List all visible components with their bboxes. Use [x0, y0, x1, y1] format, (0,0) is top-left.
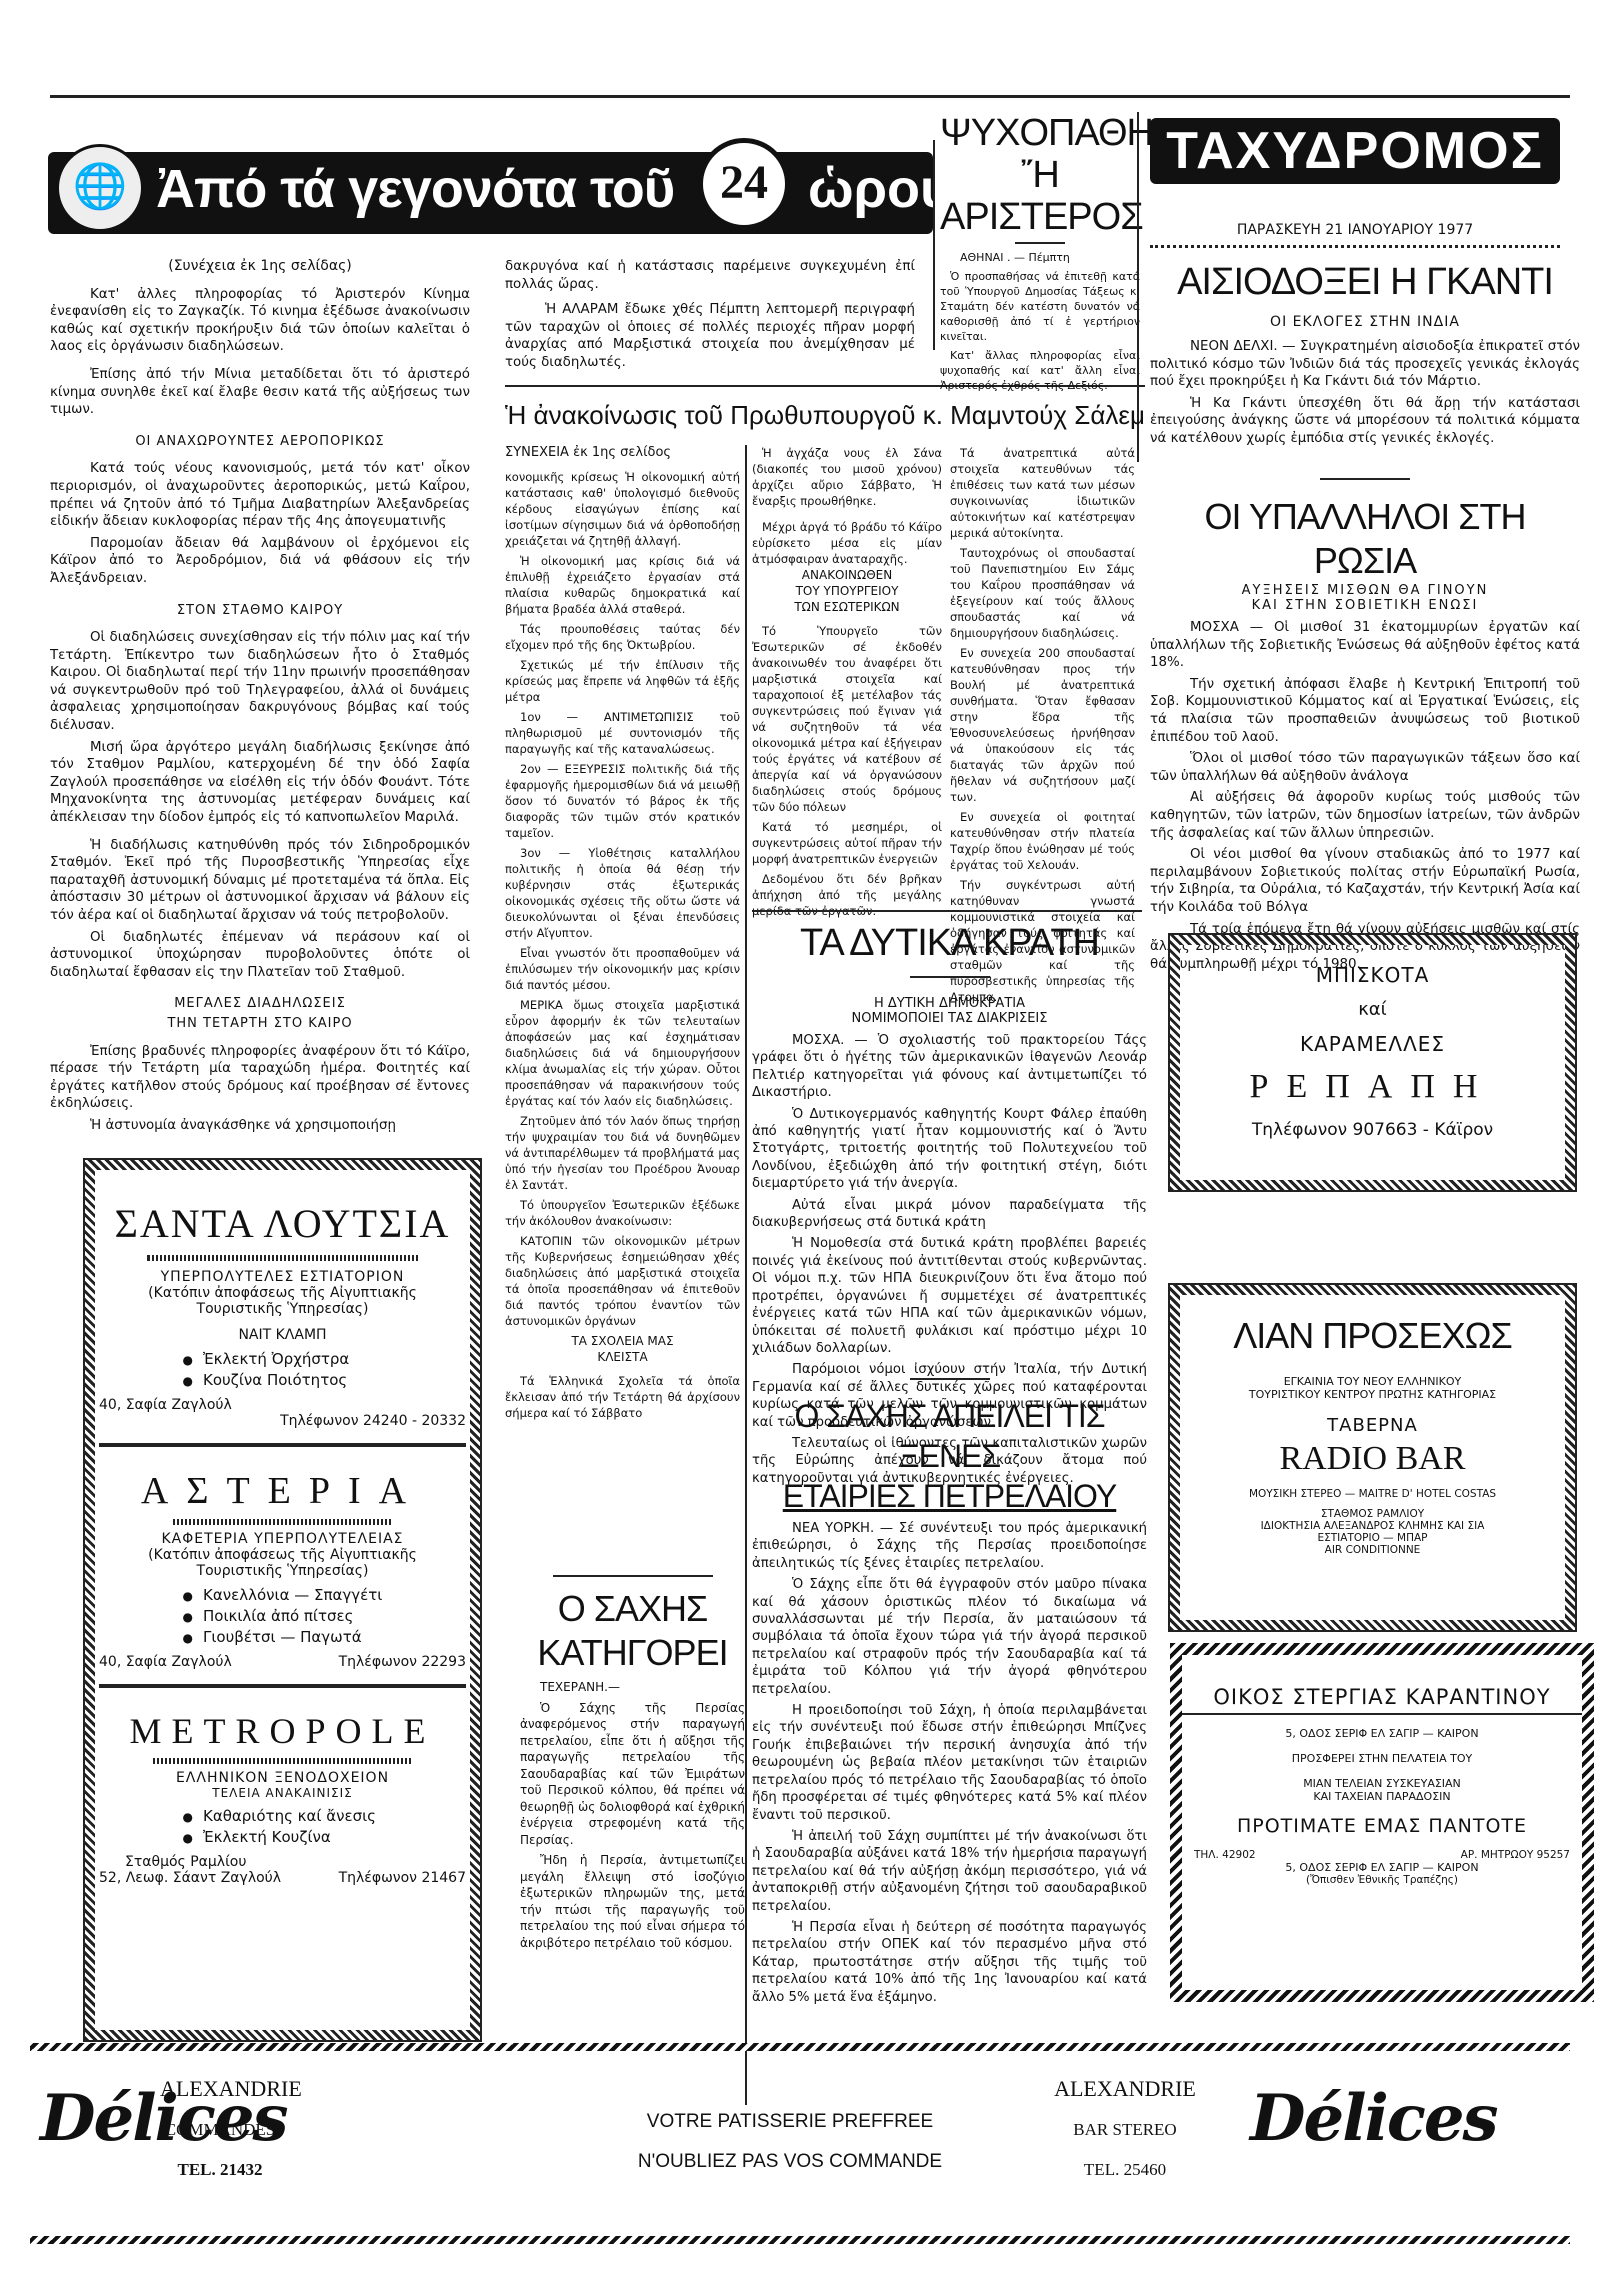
ad-note: Τουριστικῆς Ὑπηρεσίας) [95, 1563, 470, 1579]
ad-name: RADIO BAR [1180, 1440, 1565, 1478]
ad-footer: ΤΗΛ. 42902 ΑΡ. ΜΗΤΡΩΟΥ 95257 [1182, 1849, 1582, 1861]
ad-line: ΕΓΚΑΙΝΙΑ ΤΟΥ ΝΕΟΥ ΕΛΛΗΝΙΚΟΥ [1180, 1375, 1565, 1388]
masthead-rule [1150, 245, 1560, 248]
shah-accuses-article: Ο ΣΑΧΗΣ ΚΑΤΗΓΟΡΕΙ ΤΕΧΕΡΑΝΗ.— Ὁ Σάχης τῆς… [520, 1575, 745, 1951]
paragraph: Ταυτοχρόνως οἱ σπουδασταί τοῦ Πανεπιστημ… [950, 545, 1135, 641]
paragraph: ΜΟΣΧΑ. — Ὁ σχολιαστής τοῦ πρακτορείου Τά… [752, 1032, 1147, 1102]
banner-title-left: Ἀπό τά γεγονότα τοῦ [156, 158, 674, 220]
ad-phone: ΤΗΛ. 42902 [1194, 1849, 1256, 1861]
shah-threat-article: Ο ΣΑΧΗΣ ΑΠΕΙΛΕΙ ΤΙΣ ΞΕΝΕΣ ΕΤΑΙΡΙΕΣ ΠΕΤΡΕ… [752, 1378, 1147, 2006]
feature-item: Κανελλόνια — Σπαγγέτι [183, 1585, 383, 1606]
subhead: ΜΕΓΑΛΕΣ ΔΙΑΔΗΛΩΣΕΙΣ [50, 995, 470, 1013]
ad-line: ΜΙΑΝ ΤΕΛΕΙΑΝ ΣΥΣΚΕΥΑΣΙΑΝ [1182, 1777, 1582, 1790]
feature-item: Ἐκλεκτή Ὀρχήστρα [183, 1349, 383, 1370]
ad-footer: 52, Λεωφ. Σάαντ Ζαγλούλ Τηλέφωνον 21467 [95, 1870, 470, 1886]
ad-type: ΤΕΛΕΙΑ ΑΝΑΚΑΙΝΙΣΙΣ [95, 1786, 470, 1800]
paragraph: Οἱ διαδηλώσεις συνεχίσθησαν εἰς τήν πόλι… [50, 629, 470, 735]
ad-phone: TEL. 25460 [1050, 2160, 1200, 2180]
paragraph: Ἡ ἀγχάζα νους ἐλ Σάνα (διακοπές του μισο… [752, 445, 942, 509]
delices-right-info: ALEXANDRIE BAR STEREO TEL. 25460 [1050, 2076, 1200, 2180]
ad-line: (Ὄπισθεν Ἐθνικῆς Τραπέζης) [1182, 1874, 1582, 1886]
section-rule [1320, 478, 1410, 480]
ad-address: 40, Σαφία Ζαγλούλ [95, 1397, 470, 1413]
headline: ΕΤΑΙΡΙΕΣ ΠΕΤΡΕΛΑΙΟΥ [752, 1476, 1147, 1516]
headline-rule [1015, 242, 1065, 244]
ad-address: 52, Λεωφ. Σάαντ Ζαγλούλ [99, 1870, 281, 1886]
headline: ΟΙ ΥΠΑΛΛΗΛΟΙ ΣΤΗ ΡΩΣΙΑ [1150, 495, 1580, 583]
ad-line: COMMANDES [160, 2120, 280, 2140]
pm-headline: Ἡ ἀνακοίνωσις τοῦ Πρωθυπουργοῦ κ. Μαμντο… [505, 400, 1145, 431]
paragraph: Τό ὑπουργεῖον Ἐσωτερικῶν ἐξέδωκε τήν ἀκό… [505, 1197, 740, 1229]
subhead: ΚΛΕΙΣΤΑ [505, 1349, 740, 1365]
ad-address: Σταθμός Ραμλίου [95, 1854, 470, 1870]
subhead: ΑΥΞΗΣΕΙΣ ΜΙΣΘΩΝ ΘΑ ΓΙΝΟΥΝ [1150, 583, 1580, 598]
ad-line: καί [1180, 999, 1565, 1020]
left-article: (Συνέχεια ἐκ 1ης σελίδας) Κατ' ἀλλες πλη… [50, 258, 470, 1135]
ad-line: 5, ΟΔΟΣ ΣΕΡΙΦ ΕΛ ΣΑΓΙΡ — ΚΑΙΡΟΝ [1182, 1727, 1582, 1740]
subhead: ΣΤΟΝ ΣΤΑΘΜΟ ΚΑΙΡΟΥ [50, 602, 470, 620]
paragraph: Οἱ νέοι μισθοί θα γίνουν σταδιακῶς ἀπό τ… [1150, 846, 1580, 916]
ad-line: ΤΟΥΡΙΣΤΙΚΟΥ ΚΕΝΤΡΟΥ ΠΡΩΤΗΣ ΚΑΤΗΓΟΡΙΑΣ [1180, 1388, 1565, 1401]
paragraph: Τά ἀνατρεπτικά αὐτά στοιχεῖα κατευθύνων … [950, 445, 1135, 541]
ad-type: ΥΠΕΡΠΟΛΥΤΕΛΕΣ ΕΣΤΙΑΤΟΡΙΟΝ [95, 1269, 470, 1285]
paragraph: Εν συνεχεία οἱ φοιτηταί κατευθύνθησαν στ… [950, 809, 1135, 873]
paragraph: Ἡ οἰκονομική μας κρίσις διά νά ἐπιλυθῇ ἐ… [505, 553, 740, 617]
paragraph: Σχετικώς μέ τήν ἐπίλυσιν τῆς κρίσεώς μας… [505, 657, 740, 705]
paragraph: Εἶναι γνωστόν ὅτι προσπαθοῦμεν νά ἐπιλύσ… [505, 945, 740, 993]
ad-asteria: ΑΣΤΕΡΙΑ ΚΑΦΕΤΕΡΙΑ ΥΠΕΡΠΟΛΥΤΕΛΕΙΑΣ (Κατόπ… [95, 1461, 470, 1688]
paragraph: Ὁ προσπαθήσας νά ἐπιτεθῇ κατά τοῦ Ὑπουργ… [940, 269, 1140, 344]
ad-line: AIR CONDITIONNE [1180, 1544, 1565, 1556]
ad-city: ALEXANDRIE [1050, 2076, 1200, 2102]
subhead: ΤΩΝ ΕΣΩΤΕΡΙΚΩΝ [752, 599, 942, 615]
feature-item: Καθαριότης καί ἄνεσις [183, 1806, 383, 1827]
paragraph: Ἡ ΑΛΑΡΑΜ ἔδωκε χθές Πέμπτη λεπτομερῆ περ… [505, 301, 915, 371]
decorative-rule [173, 1519, 393, 1525]
paragraph: Τά Ἑλληνικά Σχολεῖα τά ὁποῖα ἔκλεισαν ἀπ… [505, 1373, 740, 1421]
paragraph: 3ον — Υἱοθέτησις καταλλήλου πολιτικῆς ἡ … [505, 845, 740, 941]
masthead-date: ΠΑΡΑΣΚΕΥΗ 21 ΙΑΝΟΥΑΡΙΟΥ 1977 [1150, 222, 1560, 238]
column-rule [933, 140, 935, 350]
paragraph: Ὅλοι οἱ μισθοί τόσο τῶν παραγωγικῶν τάξε… [1150, 750, 1580, 785]
subhead: ΤΟΥ ΥΠΟΥΡΓΕΙΟΥ [752, 583, 942, 599]
paragraph: Κατ' ἄλλας πληροφορίας εἶναι ψυχοπαθής κ… [940, 348, 1140, 393]
ad-headline: ΛΙΑΝ ΠΡΟΣΕΧΩΣ [1180, 1315, 1565, 1357]
top-rule [50, 95, 1570, 98]
subhead: ΑΝΑΚΟΙΝΩΘΕΝ [752, 567, 942, 583]
ad-name: METROPOLE [95, 1710, 470, 1752]
paragraph: ΜΟΣΧΑ — Οἱ μισθοί 31 ἑκατομμυρίων ἐργατῶ… [1150, 619, 1580, 672]
ad-features: Κανελλόνια — Σπαγγέτι Ποικιλία ἀπό πίτσε… [183, 1585, 383, 1648]
banner-number: 24 [698, 138, 790, 230]
paragraph: Μέχρι ἀργά τό βράδυ τό Κάϊρο εὑρίσκετο μ… [752, 519, 942, 567]
paragraph: Η προειδοποίησι τοῦ Σάχη, ἡ ὁποία περιλα… [752, 1702, 1147, 1824]
subhead: Η ΔΥΤΙΚΗ ΔΗΜΟΚΡΑΤΙΑ [752, 996, 1147, 1011]
paragraph: ΝΕΟΝ ΔΕΛΧΙ. — Συγκρατημένη αἰσιοδοξία ἐπ… [1150, 338, 1580, 391]
paragraph: 1ον — ΑΝΤΙΜΕΤΩΠΙΣΙΣ τοῦ πληθωρισμοῦ μέ σ… [505, 709, 740, 757]
paragraph: ΜΕΡΙΚΑ ὅμως στοιχεῖα μαρξιστικά εὗρον ἀφ… [505, 997, 740, 1109]
paragraph: Ἡ διαδήλωσις κατηυθύνθη πρός τόν Σιδηροδ… [50, 837, 470, 925]
headline: ΨΥΧΟΠΑΘΗΣ [940, 112, 1140, 154]
center-continuation: δακρυγόνα καί ἡ κατάστασις παρέμεινε συγ… [505, 258, 915, 372]
paragraph: Αὐτά εἶναι μικρά μόνον παραδείγματα τῆς … [752, 1197, 1147, 1232]
paragraph: Κατ' ἀλλες πληροφορίας τό Ἀριστερόν Κίνη… [50, 286, 470, 356]
feature-item: Ποικιλία ἀπό πίτσες [183, 1606, 383, 1627]
headline: Ἤ ΑΡΙΣΤΕΡΟΣ [940, 154, 1140, 238]
paragraph: Αἱ αὐξήσεις θά ἀφοροῦν κυρίως τούς μισθο… [1150, 789, 1580, 842]
delices-logo-right: Délices [1250, 2081, 1497, 2156]
ad-footer: 40, Σαφία Ζαγλούλ Τηλέφωνον 22293 [95, 1654, 470, 1670]
ad-delices: Délices ALEXANDRIE COMMANDES TEL. 21432 … [30, 2043, 1570, 2244]
headline: ΑΙΣΙΟΔΟΞΕΙ Η ΓΚΑΝΤΙ [1150, 260, 1580, 304]
delices-center-info: VOTRE PATISSERIE PREFFREE N'OUBLIEZ PAS … [590, 2111, 990, 2173]
section-banner: 🌐 Ἀπό τά γεγονότα τοῦ 24 ὡρου [48, 152, 933, 234]
ad-address: 40, Σαφία Ζαγλούλ [99, 1654, 232, 1670]
ad-line: ΜΠΙΣΚΟΤΑ [1180, 963, 1565, 987]
ad-karantinou: ΟΙΚΟΣ ΣΤΕΡΓΙΑΣ ΚΑΡΑΝΤΙΝΟΥ 5, ΟΔΟΣ ΣΕΡΙΦ … [1170, 1643, 1594, 2002]
ad-phone: Τηλέφωνον 24240 - 20332 [95, 1413, 470, 1429]
continued-note: ΣΥΝΕΧΕΙΑ ἐκ 1ης σελίδος [505, 445, 740, 461]
ad-repapi: ΜΠΙΣΚΟΤΑ καί ΚΑΡΑΜΕΛΛΕΣ ΡΕΠΑΠΗ Τηλέφωνον… [1170, 935, 1575, 1190]
ad-note: (Κατόπιν ἀποφάσεως τῆς Αἰγυπτιακῆς [95, 1285, 470, 1301]
ad-note: (Κατόπιν ἀποφάσεως τῆς Αἰγυπτιακῆς [95, 1547, 470, 1563]
subhead: ΤΗΝ ΤΕΤΑΡΤΗ ΣΤΟ ΚΑΙΡΟ [50, 1015, 470, 1033]
paragraph: Ζητοῦμεν ἀπό τόν λαόν ὅπως τηρήσῃ τήν ψυ… [505, 1113, 740, 1193]
column-rule [745, 445, 747, 2105]
paragraph: 2ον — ΕΞΕΥΡΕΣΙΣ πολιτικῆς διά τῆς ἐφαρμο… [505, 761, 740, 841]
ad-line: ΠΡΟΣΦΕΡΕΙ ΣΤΗΝ ΠΕΛΑΤΕΙΑ ΤΟΥ [1182, 1752, 1582, 1765]
ad-features: Ἐκλεκτή Ὀρχήστρα Κουζίνα Ποιότητος [183, 1349, 383, 1391]
headline: ΤΑ ΔΥΤΙΚΑ ΚΡΑΤΗ [752, 920, 1147, 966]
headline-rule [910, 976, 990, 978]
ad-line: ΤΑΒΕΡΝΑ [1180, 1415, 1565, 1436]
ad-city: ALEXANDRIE [160, 2076, 280, 2102]
ad-phone: TEL. 21432 [160, 2160, 280, 2180]
gandhi-article: ΑΙΣΙΟΔΟΞΕΙ Η ΓΚΑΝΤΙ ΟΙ ΕΚΛΟΓΕΣ ΣΤΗΝ ΙΝΔΙ… [1150, 260, 1580, 448]
ad-club: ΝΑΙΤ ΚΛΑΜΠ [95, 1327, 470, 1343]
decorative-rule [153, 1758, 413, 1764]
continued-note: (Συνέχεια ἐκ 1ης σελίδας) [50, 258, 470, 276]
paragraph: Οἱ διαδηλωτές ἐπέμεναν νά περάσουν καί ο… [50, 929, 470, 982]
paragraph: ΝΕΑ ΥΟΡΚΗ. — Σέ συνέντευξι του πρός ἀμερ… [752, 1520, 1147, 1572]
paragraph: Ἐπίσης βραδυνές πληροφορίες ἀναφέρουν ὅτ… [50, 1043, 470, 1113]
ad-metropole: METROPOLE ΕΛΛΗΝΙΚΟΝ ΞΕΝΟΔΟΧΕΙΟΝ ΤΕΛΕΙΑ Α… [95, 1702, 470, 1886]
headline-rule [553, 1575, 713, 1577]
ad-type: ΕΛΛΗΝΙΚΟΝ ΞΕΝΟΔΟΧΕΙΟΝ [95, 1770, 470, 1786]
ad-name: ΣΑΝΤΑ ΛΟΥΤΣΙΑ [95, 1200, 470, 1247]
ad-line: BAR STEREO [1050, 2120, 1200, 2140]
ad-type: ΚΑΦΕΤΕΡΙΑ ΥΠΕΡΠΟΛΥΤΕΛΕΙΑΣ [95, 1531, 470, 1547]
paragraph: Ἡ Νομοθεσία στά δυτικά κράτη προβλέπει β… [752, 1235, 1147, 1357]
decorative-rule [147, 1255, 418, 1261]
ad-name: ΑΣΤΕΡΙΑ [95, 1469, 470, 1513]
paragraph: δακρυγόνα καί ἡ κατάστασις παρέμεινε συγ… [505, 258, 915, 293]
russia-article: ΟΙ ΥΠΑΛΛΗΛΟΙ ΣΤΗ ΡΩΣΙΑ ΑΥΞΗΣΕΙΣ ΜΙΣΘΩΝ Θ… [1150, 495, 1580, 973]
pm-column-1: ΣΥΝΕΧΕΙΑ ἐκ 1ης σελίδος κονομικῆς κρίσεω… [505, 445, 740, 1421]
ad-registry: ΑΡ. ΜΗΤΡΩΟΥ 95257 [1461, 1849, 1570, 1861]
subhead: ΟΙ ΕΚΛΟΓΕΣ ΣΤΗΝ ΙΝΔΙΑ [1150, 314, 1580, 330]
paragraph: Ὁ Σάχης τῆς Περσίας ἀναφερόμενος στήν πα… [520, 1700, 745, 1849]
paragraph: Ἡ ἀστυνομία ἀναγκάσθηκε νά χρησιμοποιήσῃ [50, 1117, 470, 1135]
ad-line: ΚΑΡΑΜΕΛΛΕΣ [1180, 1032, 1565, 1056]
paragraph: Ἡ Κα Γκάντι ὑπεσχέθη ὅτι θά ἄρῃ τήν κατά… [1150, 395, 1580, 448]
ad-phone: Τηλέφωνον 21467 [339, 1870, 466, 1886]
banner-title-right: ὡρου [808, 158, 951, 220]
feature-item: Γιουβέτσι — Παγωτά [183, 1627, 383, 1648]
headline: Ο ΣΑΧΗΣ ΑΠΕΙΛΕΙ ΤΙΣ ΞΕΝΕΣ [752, 1396, 1147, 1476]
left-ads-frame: ΣΑΝΤΑ ΛΟΥΤΣΙΑ ΥΠΕΡΠΟΛΥΤΕΛΕΣ ΕΣΤΙΑΤΟΡΙΟΝ … [85, 1160, 480, 2040]
ad-slogan: ΠΡΟΤΙΜΑΤΕ ΕΜΑΣ ΠΑΝΤΟΤΕ [1182, 1815, 1582, 1837]
delices-left-info: ALEXANDRIE COMMANDES TEL. 21432 [160, 2076, 280, 2180]
pm-column-2: Ἡ ἀγχάζα νους ἐλ Σάνα (διακοπές του μισο… [752, 445, 942, 919]
dateline: ΤΕΧΕΡΑΝΗ.— [520, 1679, 745, 1696]
ad-phone: Τηλέφωνον 907663 - Κάϊρον [1180, 1120, 1565, 1140]
ad-line: ΣΤΑΘΜΟΣ ΡΑΜΛΙΟΥ [1180, 1508, 1565, 1520]
ad-divider [99, 1443, 466, 1447]
headline: Ο ΣΑΧΗΣ [520, 1587, 745, 1631]
ad-features: Καθαριότης καί ἄνεσις Ἐκλεκτή Κουζίνα [183, 1806, 383, 1848]
psychopath-article: ΨΥΧΟΠΑΘΗΣ Ἤ ΑΡΙΣΤΕΡΟΣ ΑΘΗΝΑΙ . — Πέμπτη … [940, 112, 1140, 393]
paragraph: Ἐπίσης ἀπό τήν Μίνια μεταδίδεται ὅτι τό … [50, 366, 470, 419]
ad-line: ΕΣΤΙΑΤΟΡΙΟ — ΜΠΑΡ [1180, 1532, 1565, 1544]
ad-note: Τουριστικῆς Ὑπηρεσίας) [95, 1301, 470, 1317]
paragraph: Ὁ Σάχης εἶπε ὅτι θά ἐγγραφοῦν στόν μαῦρο… [752, 1576, 1147, 1698]
ad-phone: Τηλέφωνον 22293 [339, 1654, 466, 1670]
paragraph: Κατά τούς νέους κανονισμούς, μετά τόν κα… [50, 460, 470, 530]
paragraph: κονομικῆς κρίσεως Ἡ οἰκονομική αὐτή κατά… [505, 469, 740, 549]
ad-line: ΜΟΥΣΙΚΗ ΣΤΕΡΕΟ — MAITRE D' HOTEL COSTAS [1180, 1488, 1565, 1500]
paragraph: Ἤδη ἡ Περσία, ἀντιμετωπίζει μεγάλη ἔλλει… [520, 1852, 745, 1951]
subhead: ΤΑ ΣΧΟΛΕΙΑ ΜΑΣ [505, 1333, 740, 1349]
paragraph: Εν συνεχεία 200 σπουδασταί κατευθύνθησαν… [950, 645, 1135, 805]
feature-item: Κουζίνα Ποιότητος [183, 1370, 383, 1391]
paragraph: Τάς προυποθέσεις ταύτας δέν εἴχομεν πρό … [505, 621, 740, 653]
section-rule [752, 910, 1142, 912]
ad-line: ΚΑΙ ΤΑΧΕΙΑΝ ΠΑΡΑΔΟΣΙΝ [1182, 1790, 1582, 1803]
paragraph: Τήν σχετική ἀπόφασι ἔλαβε ἡ Κεντρική Ἐπι… [1150, 676, 1580, 746]
ad-name: ΟΙΚΟΣ ΣΤΕΡΓΙΑΣ ΚΑΡΑΝΤΙΝΟΥ [1182, 1685, 1582, 1715]
dateline: ΑΘΗΝΑΙ . — Πέμπτη [940, 250, 1140, 265]
masthead-title: ΤΑΧΥΔΡΟΜΟΣ [1150, 118, 1560, 184]
paragraph: ΚΑΤΟΠΙΝ τῶν οἰκονομικῶν μέτρων τῆς Κυβερ… [505, 1233, 740, 1329]
ad-brand: ΡΕΠΑΠΗ [1180, 1068, 1565, 1106]
ad-line: VOTRE PATISSERIE PREFFREE [590, 2111, 990, 2133]
subhead: ΝΟΜΙΜΟΠΟΙΕΙ ΤΑΣ ΔΙΑΚΡΙΣΕΙΣ [752, 1011, 1147, 1026]
ad-line: ΙΔΙΟΚΤΗΣΙΑ ΑΛΕΞΑΝΔΡΟΣ ΚΛΗΜΗΣ ΚΑΙ ΣΙΑ [1180, 1520, 1565, 1532]
paragraph: Μισή ὥρα ἀργότερο μεγάλη διαδήλωσις ξεκί… [50, 739, 470, 827]
ad-line: N'OUBLIEZ PAS VOS COMMANDE [590, 2151, 990, 2173]
paragraph: Κατά τό μεσημέρι, οἱ συγκεντρώσεις αὐτοί… [752, 819, 942, 867]
subhead: ΟΙ ΑΝΑΧΩΡΟΥΝΤΕΣ ΑΕΡΟΠΟΡΙΚΩΣ [50, 433, 470, 451]
feature-item: Ἐκλεκτή Κουζίνα [183, 1827, 383, 1848]
subhead: ΚΑΙ ΣΤΗΝ ΣΟΒΙΕΤΙΚΗ ΕΝΩΣΙ [1150, 598, 1580, 613]
ad-line: 5, ΟΔΟΣ ΣΕΡΙΦ ΕΛ ΣΑΓΙΡ — ΚΑΙΡΟΝ [1182, 1861, 1582, 1874]
headline-rule [910, 1378, 990, 1380]
paragraph: Ἡ Περσία εἶναι ἡ δεύτερη σέ ποσότητα παρ… [752, 1919, 1147, 2006]
ad-divider [99, 1684, 466, 1688]
ad-santa-lucia: ΣΑΝΤΑ ΛΟΥΤΣΙΑ ΥΠΕΡΠΟΛΥΤΕΛΕΣ ΕΣΤΙΑΤΟΡΙΟΝ … [95, 1170, 470, 1447]
paragraph: Ἡ ἀπειλή τοῦ Σάχη συμπίπτει μέ τήν ἀνακο… [752, 1828, 1147, 1915]
paragraph: Τό Ὑπουργεῖο τῶν Ἐσωτερικῶν σέ ἐκδοθέν ἀ… [752, 623, 942, 815]
paragraph: Ὁ Δυτικογερμανός καθηγητής Κουρτ Φάλερ ἐ… [752, 1106, 1147, 1193]
headline: ΚΑΤΗΓΟΡΕΙ [520, 1631, 745, 1675]
ad-radio-bar: ΛΙΑΝ ΠΡΟΣΕΧΩΣ ΕΓΚΑΙΝΙΑ ΤΟΥ ΝΕΟΥ ΕΛΛΗΝΙΚΟ… [1170, 1285, 1575, 1630]
paragraph: Παρομοίαν ἄδειαν θά λαμβάνουν οἱ ἐρχόμεν… [50, 535, 470, 588]
globe-icon: 🌐 [56, 144, 144, 232]
